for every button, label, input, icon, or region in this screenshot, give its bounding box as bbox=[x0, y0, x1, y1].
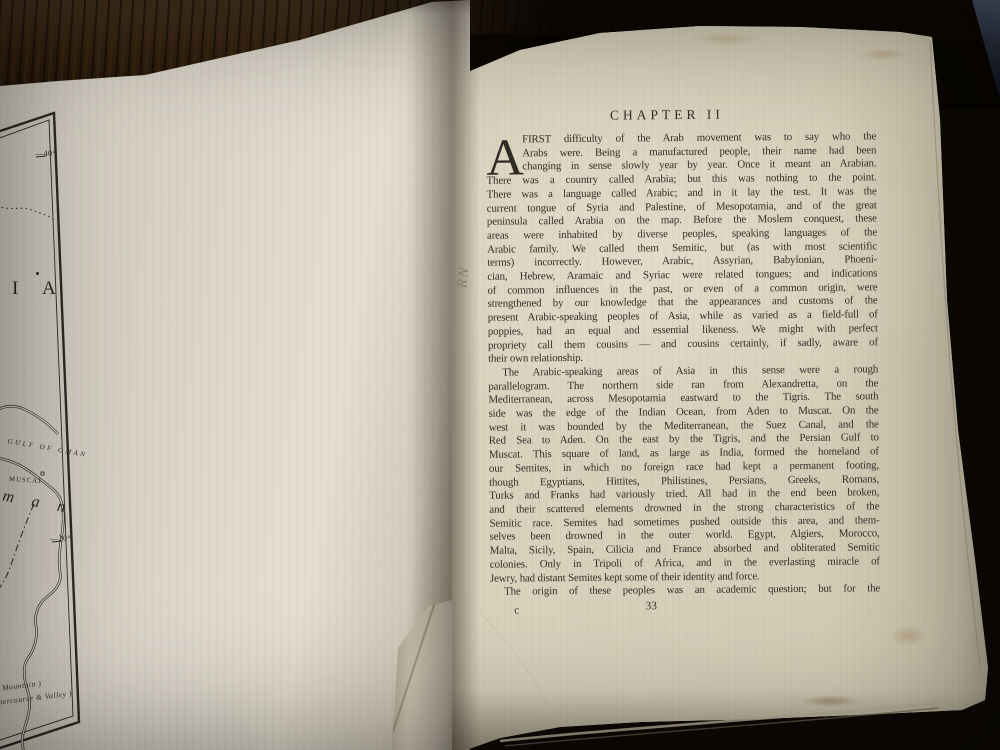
page-number: 33 bbox=[636, 600, 666, 612]
signature-mark: c bbox=[514, 604, 519, 616]
bottom-edge-leaf-line bbox=[500, 703, 936, 741]
body-paragraph: The Arabic-speaking areas of Asia in thi… bbox=[488, 363, 880, 586]
right-edge-leaf-line bbox=[930, 42, 980, 665]
chapter-heading: CHAPTER II bbox=[472, 105, 862, 124]
bottom-edge-shadow-line bbox=[505, 708, 938, 746]
page-crease-line bbox=[480, 612, 548, 705]
drop-cap: A bbox=[486, 133, 519, 174]
body-paragraph: AFIRST difficulty of the Arab movement w… bbox=[486, 130, 878, 366]
book-photo-scene: —40° I A GULF OF OMAN MUSCAT m a n —20° … bbox=[0, 0, 1000, 750]
printed-text-block: CHAPTER II AFIRST difficulty of the Arab… bbox=[486, 101, 880, 599]
body-text: AFIRST difficulty of the Arab movement w… bbox=[486, 130, 880, 599]
